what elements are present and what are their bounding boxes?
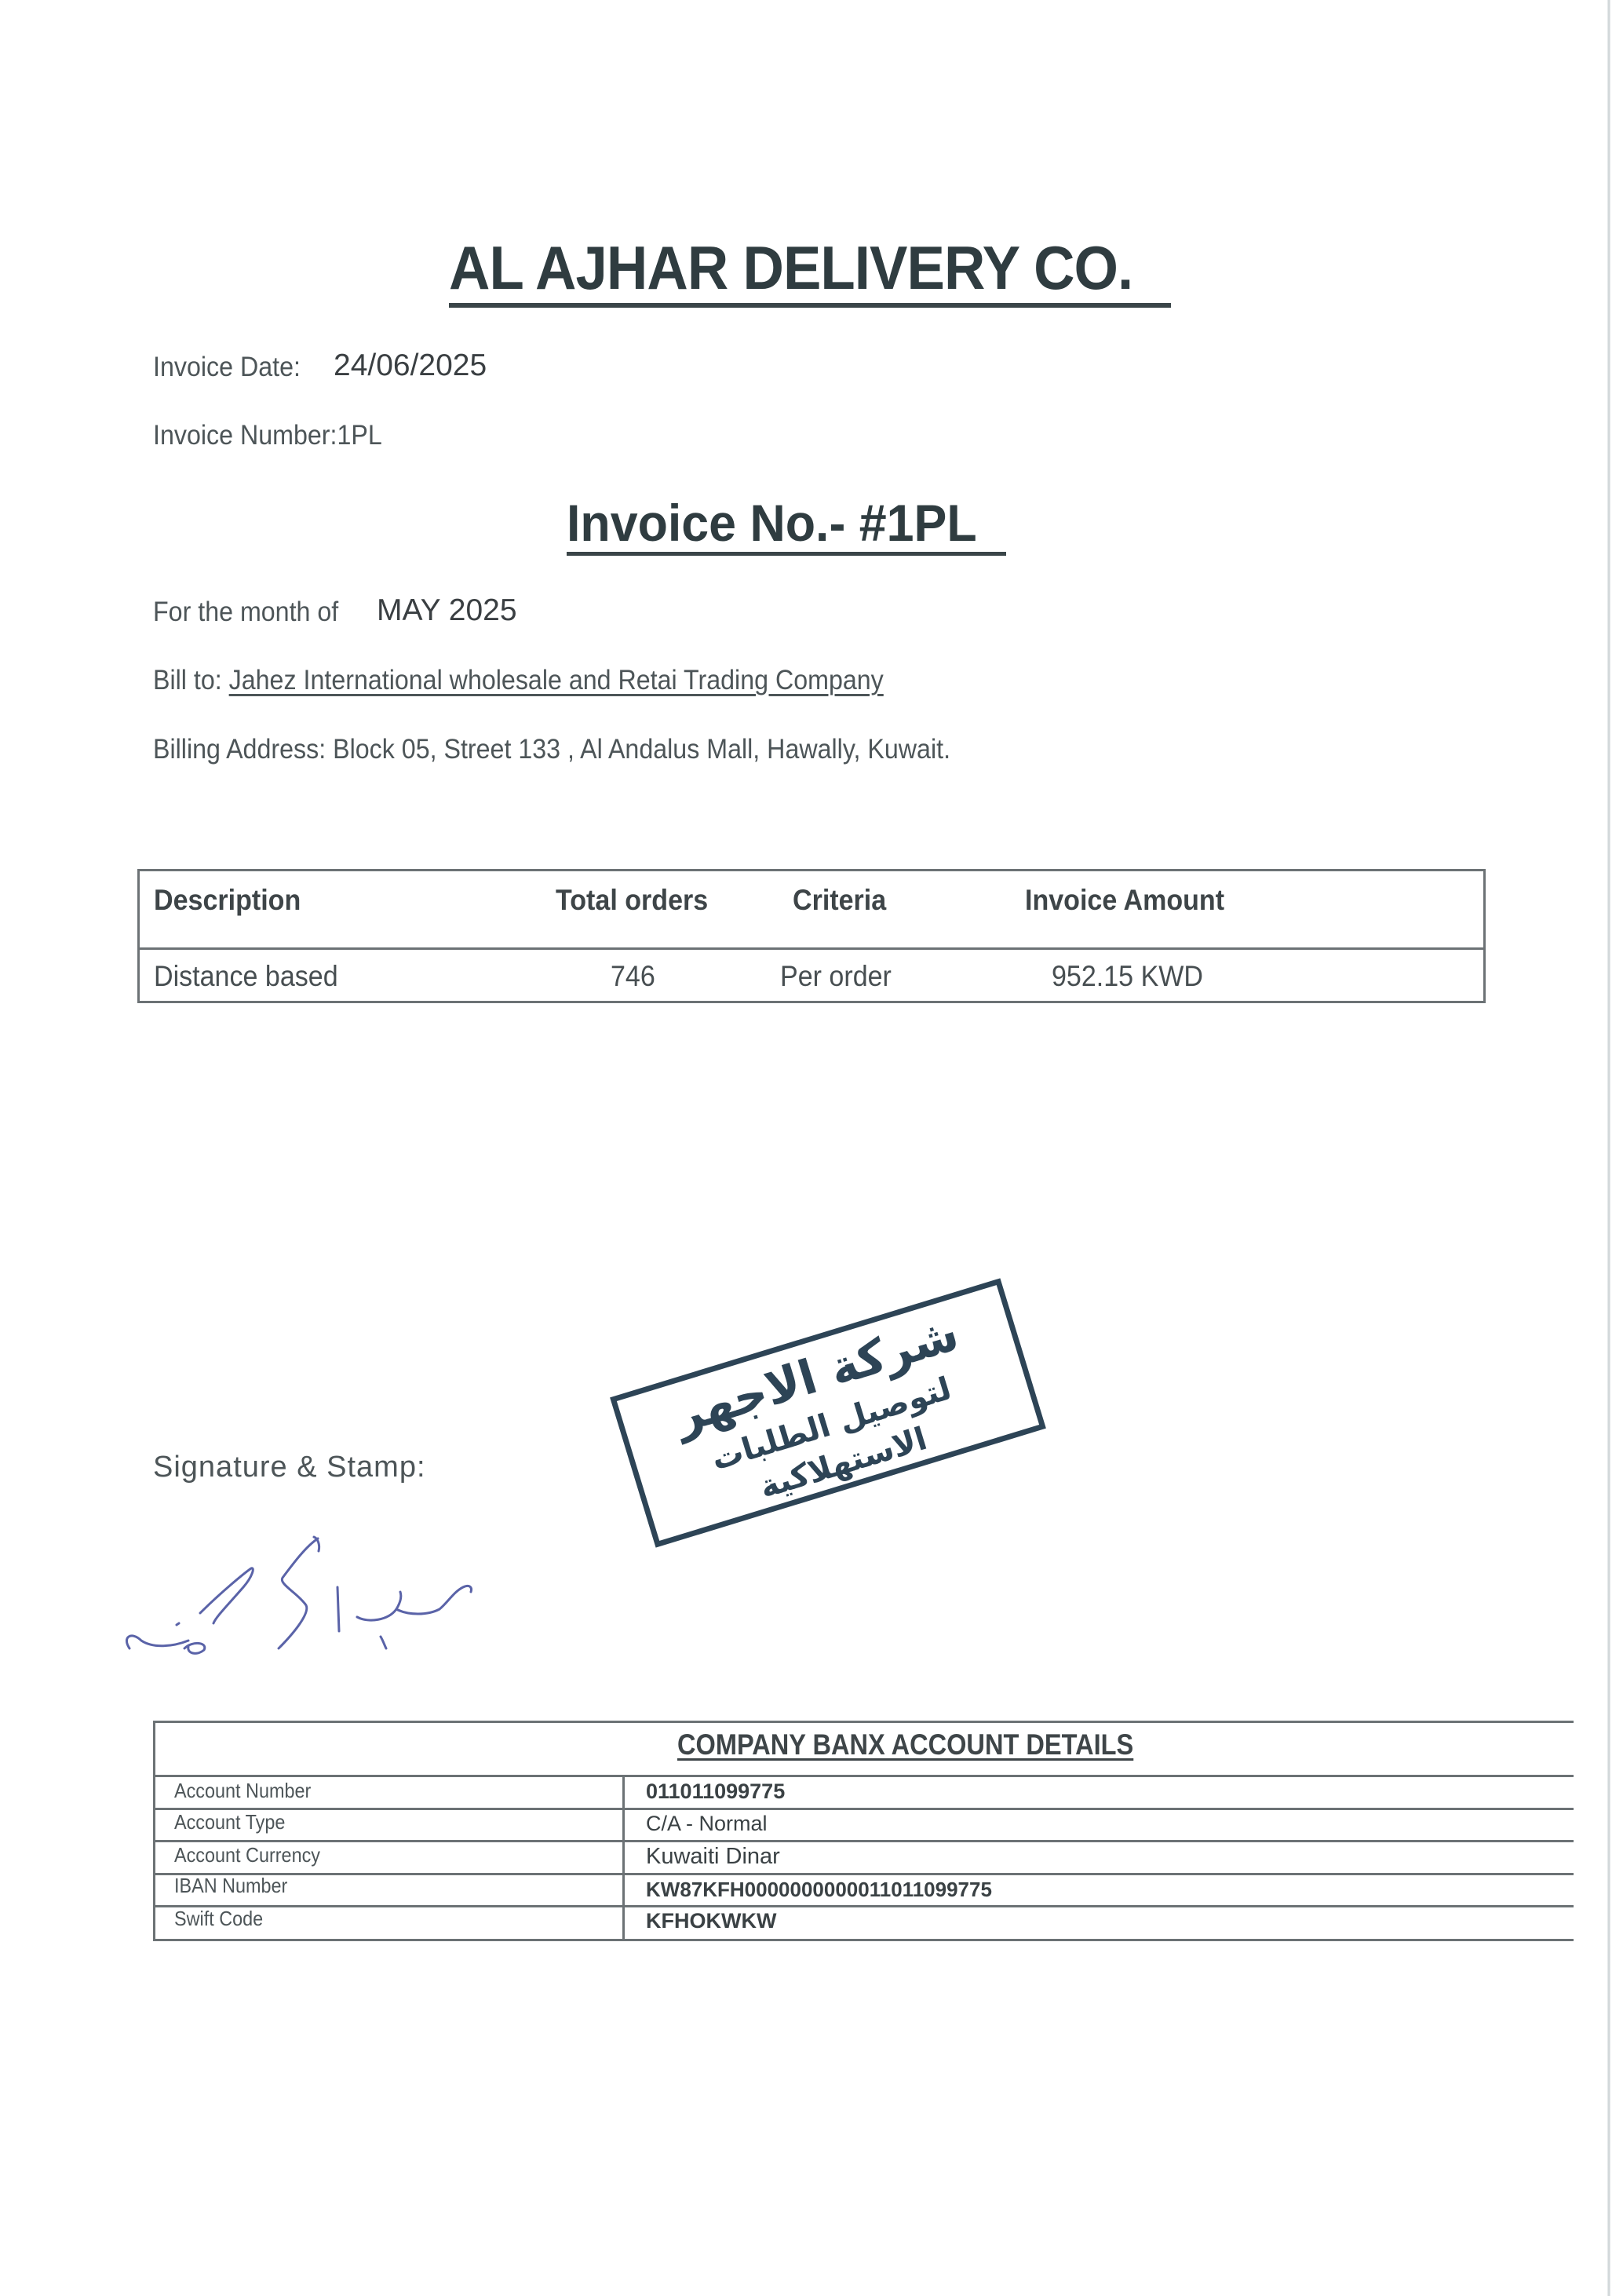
bank-value-swift-code: KFHOKWKW (646, 1909, 776, 1933)
bill-to-line: Bill to: Jahez International wholesale a… (153, 665, 884, 696)
bank-table-top-border (153, 1721, 1574, 1723)
bank-key-swift-code: Swift Code (174, 1907, 263, 1931)
signature-stamp-label: Signature & Stamp: (153, 1451, 426, 1484)
handwritten-signature (118, 1531, 479, 1664)
company-title: AL AJHAR DELIVERY CO. (449, 232, 1132, 304)
header-invoice-amount: Invoice Amount (1025, 884, 1224, 917)
billing-address-value: Block 05, Street 133 , Al Andalus Mall, … (333, 734, 950, 765)
bank-value-account-type: C/A - Normal (646, 1812, 768, 1836)
invoice-date-label: Invoice Date: (153, 352, 301, 383)
cell-criteria: Per order (780, 960, 892, 993)
bill-to-label: Bill to: (153, 665, 222, 695)
bank-row-divider (153, 1873, 1574, 1875)
bank-table-column-divider (622, 1775, 625, 1940)
bank-value-account-number: 011011099775 (646, 1779, 785, 1804)
cell-invoice-amount: 952.15 KWD (1052, 960, 1203, 993)
company-title-underline (449, 303, 1171, 308)
bill-to-value: Jahez International wholesale and Retai … (229, 665, 884, 695)
bank-table-bottom-border (153, 1939, 1574, 1941)
cell-total-orders: 746 (611, 960, 655, 993)
bank-row-divider (153, 1905, 1574, 1907)
bank-details-title: COMPANY BANX ACCOUNT DETAILS (677, 1728, 1133, 1761)
billing-address-line: Billing Address: Block 05, Street 133 , … (153, 734, 950, 765)
invoice-table: Description Total orders Criteria Invoic… (137, 869, 1486, 1003)
cell-description: Distance based (154, 960, 338, 993)
bank-key-account-type: Account Type (174, 1810, 285, 1834)
bank-key-account-currency: Account Currency (174, 1843, 320, 1867)
month-value: MAY 2025 (377, 593, 517, 628)
header-criteria: Criteria (793, 884, 886, 917)
invoice-heading-underline (567, 552, 1006, 556)
invoice-table-row-divider (140, 947, 1483, 950)
bank-value-iban-number: KW87KFH0000000000011011099775 (646, 1878, 992, 1902)
header-total-orders: Total orders (556, 884, 708, 917)
bank-table-left-border (153, 1721, 155, 1940)
bank-value-account-currency: Kuwaiti Dinar (646, 1844, 780, 1870)
bank-key-iban-number: IBAN Number (174, 1874, 287, 1898)
invoice-number-value: 1PL (337, 420, 381, 451)
company-stamp: شركة الاجهر لتوصيل الطلبات الاستهلاكية (610, 1278, 1046, 1547)
bank-row-divider (153, 1808, 1574, 1810)
bank-row-divider (153, 1840, 1574, 1842)
bank-table-header-divider (153, 1775, 1574, 1777)
bank-key-account-number: Account Number (174, 1779, 311, 1803)
invoice-number-label: Invoice Number: (153, 420, 337, 451)
invoice-heading: Invoice No.- #1PL (567, 493, 977, 553)
invoice-date-value: 24/06/2025 (334, 349, 487, 383)
invoice-number-line: Invoice Number:1PL (153, 420, 382, 451)
month-label: For the month of (153, 597, 338, 628)
scan-page-edge (1607, 0, 1610, 2296)
header-description: Description (154, 884, 301, 917)
billing-address-label: Billing Address: (153, 734, 326, 765)
